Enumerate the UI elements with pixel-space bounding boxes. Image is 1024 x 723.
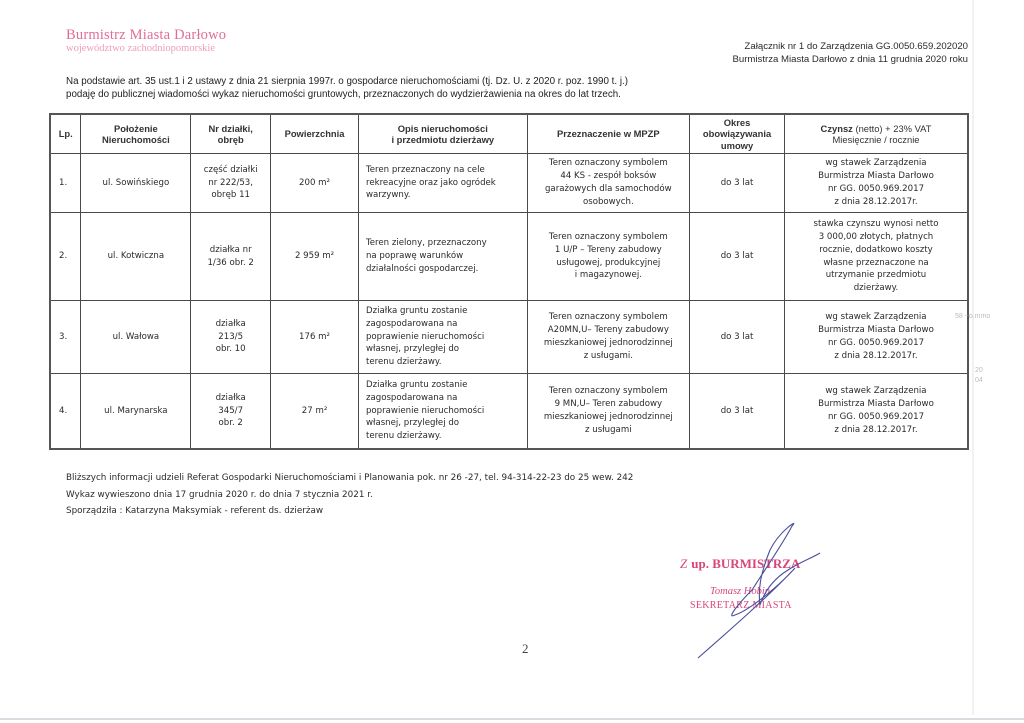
cell-area: 27 m² bbox=[271, 374, 359, 450]
cell-plot: działka nr1/36 obr. 2 bbox=[191, 213, 271, 301]
letterhead-subtitle: województwo zachodniopomorskie bbox=[66, 43, 215, 54]
annex-line-1: Załącznik nr 1 do Zarządzenia GG.0050.65… bbox=[732, 40, 968, 53]
cell-description: Teren przeznaczony na celerekreacyjne or… bbox=[358, 154, 527, 213]
table-row: 4.ul. Marynarskadziałka345/7obr. 227 m²D… bbox=[50, 374, 968, 450]
footer-info: Bliższych informacji udzieli Referat Gos… bbox=[66, 470, 633, 487]
table-row: 2.ul. Kotwicznadziałka nr1/36 obr. 22 95… bbox=[50, 213, 968, 301]
cell-purpose: Teren oznaczony symbolem9 MN,U– Teren za… bbox=[527, 374, 690, 450]
header-period: Okresobowiązywaniaumowy bbox=[690, 114, 785, 154]
header-location: PołożenieNieruchomości bbox=[81, 114, 191, 154]
intro-line-2: podaję do publicznej wiadomości wykaz ni… bbox=[66, 88, 628, 101]
header-rent: Czynsz (netto) + 23% VATMiesięcznie / ro… bbox=[785, 114, 969, 154]
annex-reference: Załącznik nr 1 do Zarządzenia GG.0050.65… bbox=[732, 40, 968, 66]
cell-plot: część działkinr 222/53,obręb 11 bbox=[191, 154, 271, 213]
cell-period: do 3 lat bbox=[690, 301, 785, 374]
header-area: Powierzchnia bbox=[271, 114, 359, 154]
scan-edge-bottom bbox=[0, 718, 1024, 720]
cell-plot: działka213/5obr. 10 bbox=[191, 301, 271, 374]
cell-period: do 3 lat bbox=[690, 374, 785, 450]
stamp-prefix: Z bbox=[680, 556, 687, 571]
cell-rent: wg stawek ZarządzeniaBurmistrza Miasta D… bbox=[785, 154, 969, 213]
cell-location: ul. Wałowa bbox=[81, 301, 191, 374]
cell-area: 2 959 m² bbox=[271, 213, 359, 301]
header-purpose: Przeznaczenie w MPZP bbox=[527, 114, 690, 154]
cell-purpose: Teren oznaczony symbolem44 KS - zespół b… bbox=[527, 154, 690, 213]
intro-paragraph: Na podstawie art. 35 ust.1 i 2 ustawy z … bbox=[66, 75, 628, 101]
cell-description: Działka gruntu zostaniezagospodarowana n… bbox=[358, 301, 527, 374]
cell-purpose: Teren oznaczony symbolem1 U/P – Tereny z… bbox=[527, 213, 690, 301]
margin-mark: 20 bbox=[975, 367, 983, 374]
cell-description: Działka gruntu zostaniezagospodarowana n… bbox=[358, 374, 527, 450]
cell-location: ul. Sowińskiego bbox=[81, 154, 191, 213]
table-row: 3.ul. Wałowadziałka213/5obr. 10176 m²Dzi… bbox=[50, 301, 968, 374]
cell-period: do 3 lat bbox=[690, 213, 785, 301]
property-list-table: Lp. PołożenieNieruchomości Nr działki,ob… bbox=[49, 113, 969, 450]
footer-notes: Bliższych informacji udzieli Referat Gos… bbox=[66, 470, 633, 520]
footer-posted: Wykaz wywieszono dnia 17 grudnia 2020 r.… bbox=[66, 487, 633, 504]
margin-mark: 04 bbox=[975, 377, 983, 384]
cell-lp: 1. bbox=[50, 154, 81, 213]
cell-rent: stawka czynszu wynosi netto3 000,00 złot… bbox=[785, 213, 969, 301]
cell-description: Teren zielony, przeznaczonyna poprawę wa… bbox=[358, 213, 527, 301]
cell-location: ul. Marynarska bbox=[81, 374, 191, 450]
cell-lp: 3. bbox=[50, 301, 81, 374]
cell-area: 176 m² bbox=[271, 301, 359, 374]
margin-mark: 58 ~o.mmo bbox=[955, 313, 990, 320]
cell-rent: wg stawek ZarządzeniaBurmistrza Miasta D… bbox=[785, 374, 969, 450]
table-row: 1.ul. Sowińskiegoczęść działkinr 222/53,… bbox=[50, 154, 968, 213]
cell-area: 200 m² bbox=[271, 154, 359, 213]
signature-icon bbox=[690, 520, 830, 670]
header-plot: Nr działki,obręb bbox=[191, 114, 271, 154]
intro-line-1: Na podstawie art. 35 ust.1 i 2 ustawy z … bbox=[66, 75, 628, 88]
page-number: 2 bbox=[522, 641, 529, 657]
table-header-row: Lp. PołożenieNieruchomości Nr działki,ob… bbox=[50, 114, 968, 154]
header-description: Opis nieruchomościi przedmiotu dzierżawy bbox=[358, 114, 527, 154]
scan-edge-right bbox=[972, 0, 974, 715]
cell-location: ul. Kotwiczna bbox=[81, 213, 191, 301]
annex-line-2: Burmistrza Miasta Darłowo z dnia 11 grud… bbox=[732, 53, 968, 66]
footer-prepared-by: Sporządziła : Katarzyna Maksymiak - refe… bbox=[66, 503, 633, 520]
cell-rent: wg stawek ZarządzeniaBurmistrza Miasta D… bbox=[785, 301, 969, 374]
cell-lp: 2. bbox=[50, 213, 81, 301]
cell-lp: 4. bbox=[50, 374, 81, 450]
cell-plot: działka345/7obr. 2 bbox=[191, 374, 271, 450]
cell-period: do 3 lat bbox=[690, 154, 785, 213]
letterhead-title: Burmistrz Miasta Darłowo bbox=[66, 27, 226, 44]
header-lp: Lp. bbox=[50, 114, 81, 154]
cell-purpose: Teren oznaczony symbolemA20MN,U– Tereny … bbox=[527, 301, 690, 374]
